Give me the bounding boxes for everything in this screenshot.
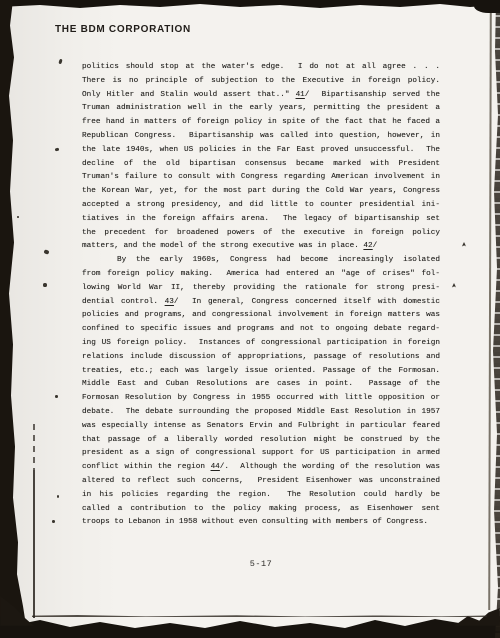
text-line: the late 1940s, when US policies in the … [82,144,440,158]
text-line: from foreign policy making. America had … [82,268,440,282]
text-line: lowing World War II, thereby providing t… [82,282,440,296]
scan-speck [17,216,19,218]
scan-inner-horizontal-line [32,615,487,617]
document-page: THE BDM CORPORATION politics should stop… [0,0,500,638]
scan-speck [52,520,55,523]
body-text: politics should stop at the water's edge… [82,61,440,530]
scan-speck [461,242,467,247]
text-line: Republican Congress. Bipartisanship was … [82,130,440,144]
text-line: Middle East and Cuban Resolutions are ca… [82,378,440,392]
text-line: debate. The debate surrounding the propo… [82,406,440,420]
text-line: relations include discussion of appropri… [82,351,440,365]
scan-speck [43,283,47,287]
text-line: Formosan Resolution by Congress in 1955 … [82,392,440,406]
text-line: was especially intense as Senators Ervin… [82,420,440,434]
text-line: ing US foreign policy. Instances of cong… [82,337,440,351]
text-line: matters, and the model of the strong exe… [82,240,440,254]
text-line: confined to specific issues and programs… [82,323,440,337]
text-line: the precedent for broadened powers of th… [82,227,440,241]
text-line: treaties, etc.; each was largely issue o… [82,365,440,379]
text-line: conflict within the region 44/. Although… [82,461,440,475]
scan-corner-top-right [474,0,500,13]
scan-speck [55,148,60,152]
text-line: tiatives in the foreign affairs arena. T… [82,213,440,227]
text-line: in his policies regarding the region. Th… [82,489,440,503]
scan-edge-right [492,0,500,638]
text-line: altered to reflect such concerns, Presid… [82,475,440,489]
scan-edge-top [0,0,500,9]
text-line: called a contribution to the policy maki… [82,503,440,517]
scanned-document: { "colors": { "paper": "#f4f2ee", "ink":… [0,0,500,638]
text-line: president as a sign of congressional sup… [82,447,440,461]
text-line: Truman administration well in the early … [82,102,440,116]
scan-speck [451,283,457,288]
scan-speck [57,495,59,498]
text-line: decline of the old bipartisan consensus … [82,158,440,172]
text-line: By the early 1960s, Congress had become … [82,254,440,268]
text-line: Only Hitler and Stalin would assert that… [82,89,440,103]
scan-inner-vertical-dashes [33,424,35,470]
text-line: dential control. 43/ In general, Congres… [82,296,440,310]
text-line: There is no principle of subjection to t… [82,75,440,89]
text-line: policies and programs, and congressional… [82,309,440,323]
scan-page-edge-line [488,10,491,610]
text-line: the Korean War, yet, for the most part d… [82,185,440,199]
page-number: 5-17 [82,559,440,569]
text-line: Truman's failure to consult with Congres… [82,171,440,185]
text-line: politics should stop at the water's edge… [82,61,440,75]
scan-edge-left [0,0,28,638]
scan-speck [43,249,49,255]
text-line: troops to Lebanon in 1958 without even c… [82,516,440,530]
scan-edge-bottom [0,616,500,638]
scan-speck [58,59,62,65]
letterhead: THE BDM CORPORATION [55,24,191,35]
text-line: free hand in matters of foreign policy i… [82,116,440,130]
scan-inner-vertical-line [33,470,35,618]
text-line: accepted a strong presidency, and did li… [82,199,440,213]
scan-speck [55,395,58,398]
text-line: that passage of a liberally worded resol… [82,434,440,448]
